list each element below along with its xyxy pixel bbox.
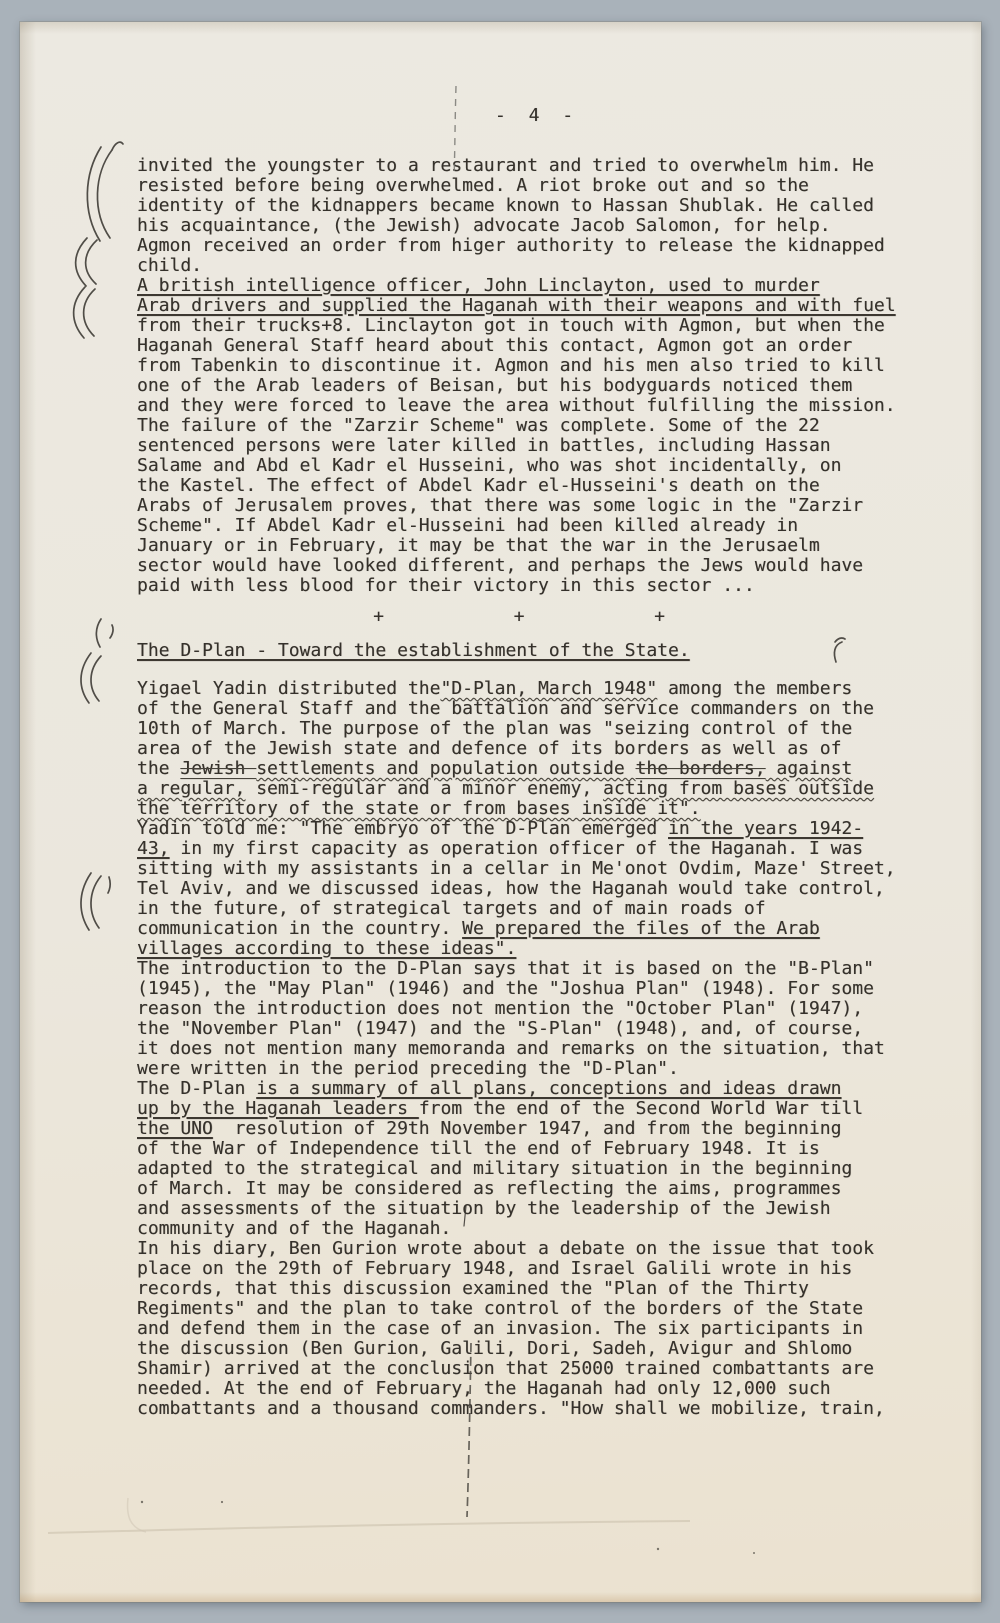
text-segment: community and of the Haganah.: [137, 1218, 451, 1239]
text-segment: his acquaintance, (the Jewish) advocate …: [137, 215, 831, 236]
paragraph-linclayton-zarzir: A british intelligence officer, John Lin…: [137, 276, 937, 596]
underlined-text-segment: acting from bases outside: [603, 778, 874, 799]
document-page: - 4 - invited the youngster to a restaur…: [20, 22, 981, 1602]
text-segment: from the end of the Second World War til…: [419, 1098, 863, 1119]
text-line: community and of the Haganah.: [137, 1219, 937, 1239]
text-segment: Scheme". If Abdel Kadr el-Husseini had b…: [137, 515, 798, 536]
text-segment: in the future, of strategical targets an…: [137, 898, 766, 919]
text-line: it does not mention many memoranda and r…: [137, 1039, 937, 1059]
text-segment: from Tabenkin to discontinue it. Agmon a…: [137, 355, 885, 376]
text-segment: of the War of Independence till the end …: [137, 1138, 820, 1159]
text-line: adapted to the strategical and military …: [137, 1159, 937, 1179]
text-segment: Arabs of Jerusalem proves, that there wa…: [137, 495, 863, 516]
text-line: villages according to these ideas".: [137, 939, 937, 959]
text-segment: reason the introduction does not mention…: [137, 998, 863, 1019]
text-line: needed. At the end of February, the Haga…: [137, 1379, 937, 1399]
text-line: In his diary, Ben Gurion wrote about a d…: [137, 1239, 937, 1259]
text-line: A british intelligence officer, John Lin…: [137, 276, 937, 296]
text-segment: Regiments" and the plan to take control …: [137, 1298, 863, 1319]
underlined-text-segment: the borders,: [636, 758, 766, 779]
text-segment: were written in the period preceding the…: [137, 1058, 679, 1079]
text-line: of March. It may be considered as reflec…: [137, 1179, 937, 1199]
plus-separator: + + +: [137, 607, 937, 627]
text-line: in the future, of strategical targets an…: [137, 899, 937, 919]
text-segment: + + +: [373, 606, 701, 627]
text-segment: the discussion (Ben Gurion, Galili, Dori…: [137, 1338, 852, 1359]
text-line: Arab drivers and supplied the Haganah wi…: [137, 296, 937, 316]
text-line: Regiments" and the plan to take control …: [137, 1299, 937, 1319]
text-segment: adapted to the strategical and military …: [137, 1158, 852, 1179]
text-segment: resolution of 29th November 1947, and fr…: [213, 1118, 842, 1139]
text-segment: among the members: [657, 678, 852, 699]
underlined-text-segment: Jewish: [180, 758, 256, 779]
text-line: a regular, semi-regular and a minor enem…: [137, 779, 937, 799]
text-line: were written in the period preceding the…: [137, 1059, 937, 1079]
text-line: the Jewish settlements and population ou…: [137, 759, 937, 779]
text-line: one of the Arab leaders of Beisan, but h…: [137, 376, 937, 396]
underlined-text-segment: 43,: [137, 838, 170, 859]
text-line: invited the youngster to a restaurant an…: [137, 156, 937, 176]
text-segment: sector would have looked different, and …: [137, 555, 863, 576]
text-line: area of the Jewish state and defence of …: [137, 739, 937, 759]
text-segment: January or in February, it may be that t…: [137, 535, 820, 556]
text-segment: of March. It may be considered as reflec…: [137, 1178, 841, 1199]
text-line: place on the 29th of February 1948, and …: [137, 1259, 937, 1279]
text-segment: area of the Jewish state and defence of …: [137, 738, 841, 759]
text-segment: invited the youngster to a restaurant an…: [137, 155, 874, 176]
text-segment: The failure of the "Zarzir Scheme" was c…: [137, 415, 820, 436]
text-segment: Haganah General Staff heard about this c…: [137, 335, 852, 356]
text-line: and assessments of the situation by the …: [137, 1199, 937, 1219]
text-line: the Kastel. The effect of Abdel Kadr el-…: [137, 476, 937, 496]
text-segment: (1945), the "May Plan" (1946) and the "J…: [137, 978, 874, 999]
underlined-text-segment: in the years 1942-: [668, 818, 863, 839]
underlined-text-segment: is a summary of all plans, conceptions a…: [256, 1078, 841, 1099]
text-line: communication in the country. We prepare…: [137, 919, 937, 939]
underlined-text-segment: a regular,: [137, 778, 245, 799]
underlined-text-segment: up by the Haganah leaders: [137, 1098, 419, 1119]
text-segment: 10th of March. The purpose of the plan w…: [137, 718, 852, 739]
paragraph-d-plan-body: Yigael Yadin distributed the"D-Plan, Mar…: [137, 679, 937, 1419]
text-line: January or in February, it may be that t…: [137, 536, 937, 556]
text-line: of the General Staff and the battalion a…: [137, 699, 937, 719]
text-line: Arabs of Jerusalem proves, that there wa…: [137, 496, 937, 516]
text-segment: Agmon received an order from higer autho…: [137, 235, 885, 256]
underlined-text-segment: A british intelligence officer, John Lin…: [137, 275, 820, 296]
text-line: child.: [137, 256, 937, 276]
text-segment: from their trucks+8. Linclayton got in t…: [137, 315, 885, 336]
text-line: 43, in my first capacity as operation of…: [137, 839, 937, 859]
text-line: the discussion (Ben Gurion, Galili, Dori…: [137, 1339, 937, 1359]
text-line: Yigael Yadin distributed the"D-Plan, Mar…: [137, 679, 937, 699]
text-line: The D-Plan - Toward the establishment of…: [137, 641, 937, 661]
page-number: - 4 -: [137, 106, 937, 126]
text-segment: records, that this discussion examined t…: [137, 1278, 809, 1299]
text-segment: sentenced persons were later killed in b…: [137, 435, 831, 456]
text-segment: the Kastel. The effect of Abdel Kadr el-…: [137, 475, 820, 496]
text-line: and they were forced to leave the area w…: [137, 396, 937, 416]
underlined-text-segment: Arab drivers and supplied the Haganah wi…: [137, 295, 896, 316]
text-segment: communication in the country.: [137, 918, 462, 939]
text-line: Yadin told me: "The embryo of the D-Plan…: [137, 819, 937, 839]
text-line: records, that this discussion examined t…: [137, 1279, 937, 1299]
text-segment: The D-Plan: [137, 1078, 256, 1099]
underlined-text-segment: the territory of the state or from bases…: [137, 798, 701, 819]
text-segment: In his diary, Ben Gurion wrote about a d…: [137, 1238, 874, 1259]
text-line: of the War of Independence till the end …: [137, 1139, 937, 1159]
text-segment: Yadin told me: "The embryo of the D-Plan…: [137, 818, 668, 839]
underlined-text-segment: The D-Plan - Toward the establishment of…: [137, 640, 690, 661]
text-line: Shamir) arrived at the conclusion that 2…: [137, 1359, 937, 1379]
text-line: Salame and Abd el Kadr el Husseini, who …: [137, 456, 937, 476]
text-line: from Tabenkin to discontinue it. Agmon a…: [137, 356, 937, 376]
text-segment: the: [137, 758, 180, 779]
underlined-text-segment: against: [766, 758, 853, 779]
text-segment: the "November Plan" (1947) and the "S-Pl…: [137, 1018, 863, 1039]
text-line: sitting with my assistants in a cellar i…: [137, 859, 937, 879]
text-line: The failure of the "Zarzir Scheme" was c…: [137, 416, 937, 436]
text-line: reason the introduction does not mention…: [137, 999, 937, 1019]
text-line: identity of the kidnappers became known …: [137, 196, 937, 216]
text-segment: Salame and Abd el Kadr el Husseini, who …: [137, 455, 841, 476]
text-line: sector would have looked different, and …: [137, 556, 937, 576]
text-line: + + +: [137, 607, 937, 627]
text-segment: and they were forced to leave the area w…: [137, 395, 896, 416]
text-line: The D-Plan is a summary of all plans, co…: [137, 1079, 937, 1099]
text-line: 10th of March. The purpose of the plan w…: [137, 719, 937, 739]
text-line: and defend them in the case of an invasi…: [137, 1319, 937, 1339]
text-segment: and defend them in the case of an invasi…: [137, 1318, 863, 1339]
text-segment: of the General Staff and the battalion a…: [137, 698, 874, 719]
text-segment: Yigael Yadin distributed the: [137, 678, 440, 699]
text-segment: The introduction to the D-Plan says that…: [137, 958, 874, 979]
text-line: Scheme". If Abdel Kadr el-Husseini had b…: [137, 516, 937, 536]
text-line: Haganah General Staff heard about this c…: [137, 336, 937, 356]
underlined-text-segment: settlements and population outside: [256, 758, 635, 779]
underlined-text-segment: "D-Plan, March 1948": [440, 678, 657, 699]
text-segment: Tel Aviv, and we discussed ideas, how th…: [137, 878, 885, 899]
text-segment: place on the 29th of February 1948, and …: [137, 1258, 852, 1279]
text-line: up by the Haganah leaders from the end o…: [137, 1099, 937, 1119]
text-line: the UNO resolution of 29th November 1947…: [137, 1119, 937, 1139]
text-segment: it does not mention many memoranda and r…: [137, 1038, 885, 1059]
text-line: resisted before being overwhelmed. A rio…: [137, 176, 937, 196]
text-segment: needed. At the end of February, the Haga…: [137, 1378, 831, 1399]
text-segment: in my first capacity as operation office…: [170, 838, 864, 859]
scanned-document-background: { "colors":{"background":"#a9b2ba","pape…: [0, 0, 1000, 1623]
text-line: The introduction to the D-Plan says that…: [137, 959, 937, 979]
text-line: combattants and a thousand commanders. "…: [137, 1399, 937, 1419]
section-heading-d-plan: The D-Plan - Toward the establishment of…: [137, 641, 937, 661]
text-segment: resisted before being overwhelmed. A rio…: [137, 175, 809, 196]
paragraph-kidnapping: invited the youngster to a restaurant an…: [137, 156, 937, 276]
text-segment: identity of the kidnappers became known …: [137, 195, 874, 216]
text-line: from their trucks+8. Linclayton got in t…: [137, 316, 937, 336]
text-segment: combattants and a thousand commanders. "…: [137, 1398, 885, 1419]
text-segment: Shamir) arrived at the conclusion that 2…: [137, 1358, 874, 1379]
text-line: (1945), the "May Plan" (1946) and the "J…: [137, 979, 937, 999]
text-segment: one of the Arab leaders of Beisan, but h…: [137, 375, 852, 396]
text-line: the territory of the state or from bases…: [137, 799, 937, 819]
underlined-text-segment: We prepared the files of the Arab: [462, 918, 820, 939]
text-segment: and assessments of the situation by the …: [137, 1198, 831, 1219]
text-line: his acquaintance, (the Jewish) advocate …: [137, 216, 937, 236]
text-line: Tel Aviv, and we discussed ideas, how th…: [137, 879, 937, 899]
text-line: paid with less blood for their victory i…: [137, 576, 937, 596]
underlined-text-segment: the UNO: [137, 1118, 213, 1139]
text-segment: sitting with my assistants in a cellar i…: [137, 858, 896, 879]
underlined-text-segment: villages according to these ideas".: [137, 938, 516, 959]
text-segment: semi-regular and a minor enemy,: [245, 778, 603, 799]
document-blocks: invited the youngster to a restaurant an…: [137, 156, 937, 1419]
text-segment: child.: [137, 255, 202, 276]
text-line: Agmon received an order from higer autho…: [137, 236, 937, 256]
text-line: the "November Plan" (1947) and the "S-Pl…: [137, 1019, 937, 1039]
text-segment: paid with less blood for their victory i…: [137, 575, 755, 596]
text-line: sentenced persons were later killed in b…: [137, 436, 937, 456]
typewritten-text-column: - 4 - invited the youngster to a restaur…: [137, 106, 937, 1419]
